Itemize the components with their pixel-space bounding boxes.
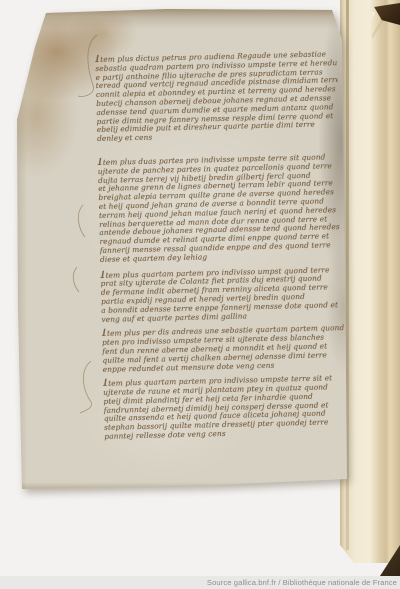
text-block: Item plus dictus petrus pro audiena Rega… — [95, 49, 346, 442]
source-credit: Source gallica.bnf.fr / Bibliothèque nat… — [207, 576, 400, 589]
manuscript-paragraph: Item plus per dis andreas une sebastie q… — [102, 323, 345, 374]
manuscript-paragraph: Item plus quartam partem pro indivisso u… — [100, 265, 343, 325]
manuscript-paragraph: Item plus duas partes pro indivisse umps… — [98, 152, 343, 264]
manuscript-page: Item plus dictus petrus pro audiena Rega… — [17, 9, 347, 489]
manuscript-paragraph: Item plus dictus petrus pro audiena Rega… — [95, 49, 339, 144]
scanned-document-view: Item plus dictus petrus pro audiena Rega… — [0, 0, 400, 589]
caption-bar: Source gallica.bnf.fr / Bibliothèque nat… — [0, 576, 400, 589]
manuscript-paragraph: Item plus quartam partem pro indivisso u… — [103, 373, 346, 441]
manuscript-page-wrapper: Item plus dictus petrus pro audiena Rega… — [0, 0, 400, 589]
